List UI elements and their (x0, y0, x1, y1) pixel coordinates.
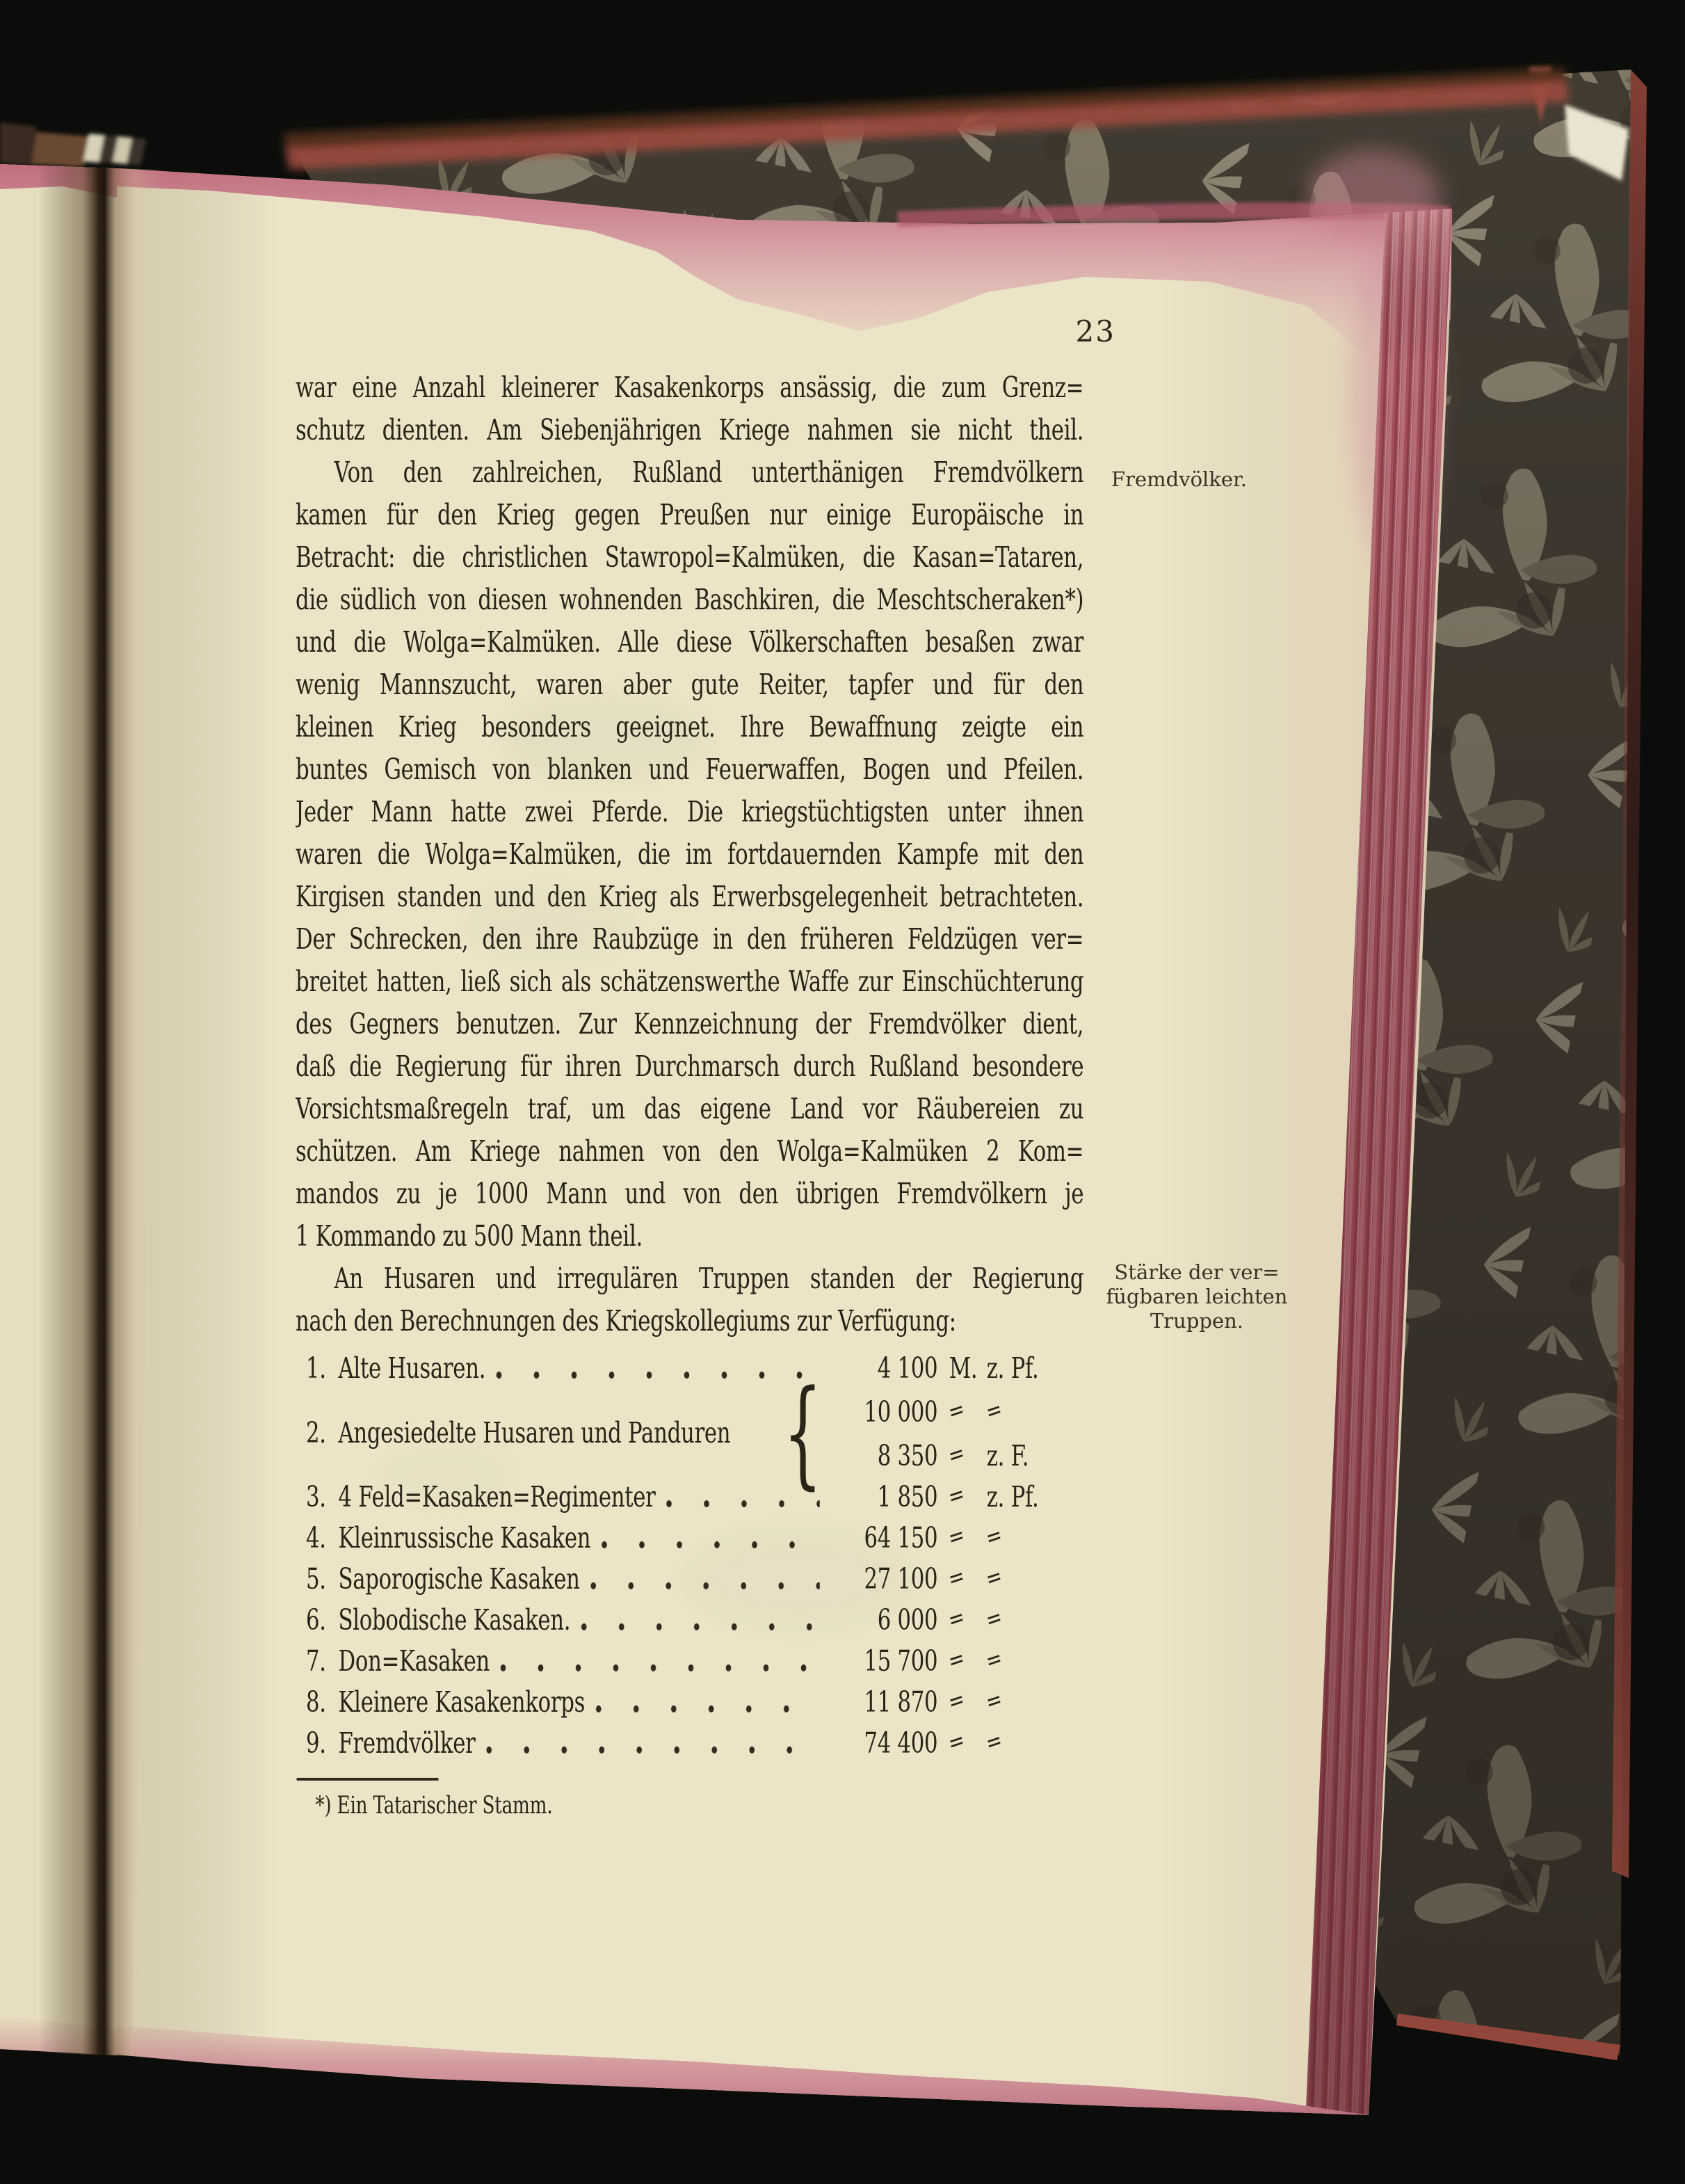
list-item-value: 10 000 (833, 1395, 937, 1429)
ditto-mark: = (946, 1479, 967, 1512)
dot-leader (595, 1702, 820, 1713)
list-item-number: 1. (306, 1351, 339, 1385)
list-item-mount: z. Pf. (987, 1480, 1065, 1513)
list-item-mount: z. F. (987, 1439, 1065, 1472)
ditto-mark: = (946, 1685, 967, 1717)
text-line: war eine Anzahl kleinerer Kasakenkorps a… (296, 367, 1083, 409)
text-line: An Husaren und irregulären Truppen stand… (296, 1258, 1083, 1300)
list-item-mount: z. Pf. (987, 1351, 1065, 1385)
ditto-mark: = (946, 1438, 967, 1471)
ditto-mark: = (984, 1395, 1004, 1427)
list-item-label: 4 Feld=Kasaken=Regimenter (339, 1480, 656, 1513)
margin-note-staerke: Stärke der ver=fügbaren leichtenTruppen. (1082, 1260, 1312, 1333)
text-line: Von den zahlreichen, Rußland unterthänig… (296, 451, 1083, 494)
text-line: kleinen Krieg besonders geeignet. Ihre B… (296, 706, 1083, 748)
list-item-label: Alte Husaren. (339, 1351, 486, 1385)
ditto-mark: = (946, 1561, 967, 1594)
list-item: 4.Kleinrussische Kasaken64 150== (296, 1518, 1083, 1559)
list-item-value: 27 100 (833, 1562, 937, 1596)
ditto-mark: = (946, 1726, 967, 1758)
list-item-mount: = (987, 1395, 1065, 1429)
footnote: *) Ein Tatarischer Stamm. (296, 1792, 1083, 1820)
book-photo: 23 war eine Anzahl kleinerer Kasakenkorp… (0, 0, 1685, 2184)
list-item-unit: = (949, 1644, 980, 1678)
list-item: 3.4 Feld=Kasaken=Regimenter1 850=z. Pf. (296, 1477, 1083, 1518)
list-item-label: Kleinrussische Kasaken (339, 1521, 591, 1555)
list-item: 9.Fremdvölker74 400== (296, 1723, 1083, 1764)
ditto-mark: = (946, 1603, 967, 1635)
ditto-mark: = (984, 1561, 1004, 1594)
text-line: nach den Berechnungen des Kriegskollegiu… (296, 1300, 1083, 1342)
brace-glyph: { (783, 1391, 822, 1475)
list-item-unit: = (949, 1395, 980, 1429)
list-item-unit: = (949, 1685, 980, 1719)
margin-note-line: Truppen. (1082, 1309, 1312, 1333)
list-item-number: 9. (306, 1726, 339, 1760)
dot-leader (601, 1538, 819, 1549)
list-item-value: 1 850 (833, 1480, 937, 1513)
list-item-value: 15 700 (833, 1644, 937, 1678)
list-item-unit: = (949, 1562, 980, 1596)
text-line: und die Wolga=Kalmüken. Alle diese Völke… (296, 621, 1083, 664)
list-item-value: 8 350 (833, 1439, 937, 1472)
list-item-unit: = (949, 1439, 980, 1472)
ditto-mark: = (946, 1644, 967, 1676)
ditto-mark: = (984, 1603, 1004, 1635)
text-line: Betracht: die christlichen Stawropol=Kal… (296, 536, 1083, 579)
list-item: 7.Don=Kasaken15 700== (296, 1641, 1083, 1682)
margin-note-line: fügbaren leichten (1082, 1285, 1312, 1309)
list-item-label: Fremdvölker (339, 1726, 476, 1760)
margin-note-fremdvoelker: Fremdvölker. (1111, 467, 1320, 492)
list-item-unit: = (949, 1521, 980, 1555)
list-item-number: 6. (306, 1603, 339, 1637)
dot-leader (486, 1743, 820, 1754)
list-item: 8.Kleinere Kasakenkorps11 870== (296, 1682, 1083, 1723)
list-item-label: Saporogische Kasaken (339, 1562, 580, 1596)
list-item-value: 6 000 (833, 1603, 937, 1637)
ditto-mark: = (984, 1520, 1004, 1553)
list-item-unit: = (949, 1726, 980, 1760)
value-row: 8 350=z. F. (833, 1433, 1065, 1477)
text-line: die südlich von diesen wohnenden Baschki… (296, 579, 1083, 621)
list-item-value: 11 870 (833, 1685, 937, 1719)
list-item-mount: = (987, 1562, 1065, 1596)
page-text-block: war eine Anzahl kleinerer Kasakenkorps a… (296, 367, 1083, 1820)
list-item-unit: = (949, 1480, 980, 1513)
text-line: schutz dienten. Am Siebenjährigen Kriege… (296, 409, 1083, 451)
list-item-mount: = (987, 1726, 1065, 1760)
list-item: 5.Saporogische Kasaken27 100== (296, 1559, 1083, 1600)
list-item-label: Don=Kasaken (339, 1644, 490, 1678)
list-item-number: 5. (306, 1562, 339, 1596)
list-item-unit: M. (949, 1351, 980, 1385)
margin-note-line: Stärke der ver= (1082, 1260, 1312, 1285)
value-column: 10 000==8 350=z. F. (833, 1389, 1065, 1477)
text-line: kamen für den Krieg gegen Preußen nur ei… (296, 494, 1083, 536)
text-line: Kirgisen standen und den Krieg als Erwer… (296, 876, 1083, 918)
value-row: 10 000== (833, 1389, 1065, 1433)
list-item-mount: = (987, 1603, 1065, 1637)
list-item-number: 2. (306, 1416, 339, 1450)
list-item: 2.Angesiedelte Husaren und Panduren{10 0… (296, 1389, 1083, 1477)
ditto-mark: = (984, 1685, 1004, 1717)
list-item-unit: = (949, 1603, 980, 1637)
text-line: Jeder Mann hatte zwei Pferde. Die kriegs… (296, 791, 1083, 833)
text-line: Vorsichtsmaßregeln traf, um das eigene L… (296, 1088, 1083, 1130)
list-item-mount: = (987, 1644, 1065, 1678)
list-item-number: 8. (306, 1685, 339, 1719)
text-line: 1 Kommando zu 500 Mann theil. (296, 1215, 1083, 1258)
list-item-label: Angesiedelte Husaren und Panduren (339, 1416, 731, 1450)
text-line: breitet hatten, ließ sich als schätzensw… (296, 961, 1083, 1003)
text-line: daß die Regierung für ihren Durchmarsch … (296, 1045, 1083, 1088)
text-line: wenig Mannszucht, waren aber gute Reiter… (296, 664, 1083, 706)
list-item: 1.Alte Husaren.4 100M.z. Pf. (296, 1348, 1083, 1389)
list-item-number: 7. (306, 1644, 339, 1678)
list-item: 6.Slobodische Kasaken.6 000== (296, 1600, 1083, 1641)
list-item-value: 74 400 (833, 1726, 937, 1760)
text-line: waren die Wolga=Kalmüken, die im fortdau… (296, 833, 1083, 876)
list-item-number: 3. (306, 1480, 339, 1513)
dot-leader (590, 1579, 820, 1590)
text-line: schützen. Am Kriege nahmen von den Wolga… (296, 1130, 1083, 1173)
footnote-rule (297, 1778, 439, 1781)
list-item-value: 4 100 (833, 1351, 937, 1385)
text-line: Der Schrecken, den ihre Raubzüge in den … (296, 918, 1083, 961)
page-number: 23 (1043, 314, 1115, 348)
list-item-value: 64 150 (833, 1521, 937, 1555)
list-item-label: Kleinere Kasakenkorps (339, 1685, 586, 1719)
list-item-mount: = (987, 1521, 1065, 1555)
ditto-mark: = (984, 1644, 1004, 1676)
list-item-label: Slobodische Kasaken. (339, 1603, 571, 1637)
text-line: mandos zu je 1000 Mann und von den übrig… (296, 1173, 1083, 1215)
text-line: buntes Gemisch von blanken und Feuerwaff… (296, 748, 1083, 791)
dot-leader (496, 1368, 820, 1379)
ditto-mark: = (946, 1395, 967, 1427)
body-text: war eine Anzahl kleinerer Kasakenkorps a… (296, 367, 1083, 1342)
dot-leader (500, 1661, 820, 1672)
ditto-mark: = (984, 1726, 1004, 1758)
list-item-mount: = (987, 1685, 1065, 1719)
dot-leader (581, 1620, 820, 1631)
troop-list: 1.Alte Husaren.4 100M.z. Pf.2.Angesiedel… (296, 1348, 1083, 1764)
text-line: des Gegners benutzen. Zur Kennzeichnung … (296, 1003, 1083, 1045)
list-item-number: 4. (306, 1521, 339, 1555)
ditto-mark: = (946, 1520, 967, 1553)
